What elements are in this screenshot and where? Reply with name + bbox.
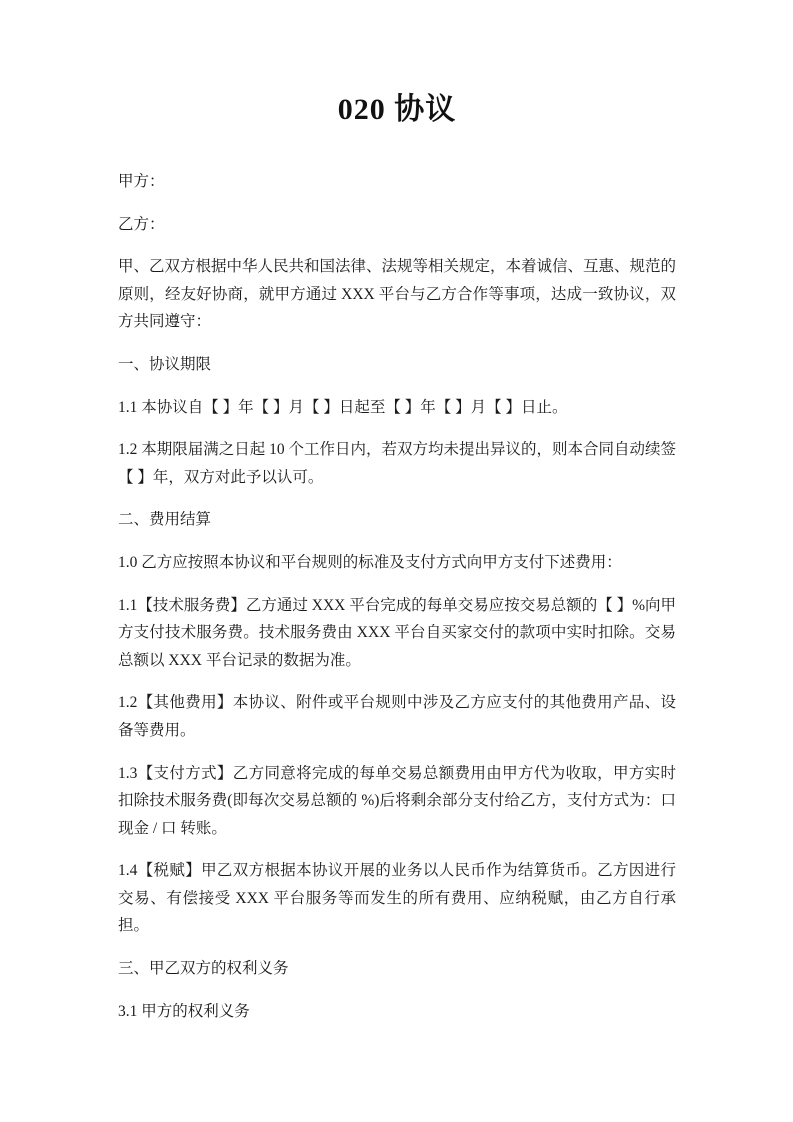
clause-2-0-fees-intro: 1.0 乙方应按照本协议和平台规则的标准及支付方式向甲方支付下述费用： [118, 549, 676, 577]
party-b-label: 乙方： [118, 211, 676, 239]
clause-2-1-tech-service-fee: 1.1【技术服务费】乙方通过 XXX 平台完成的每单交易应按交易总额的【 】%向… [118, 592, 676, 675]
clause-2-4-tax: 1.4【税赋】甲乙双方根据本协议开展的业务以人民币作为结算货币。乙方因进行交易、… [118, 857, 676, 940]
document-body: 甲方：乙方：甲、乙双方根据中华人民共和国法律、法规等相关规定，本着诚信、互惠、规… [118, 168, 676, 1025]
document-page: 020 协议 甲方：乙方：甲、乙双方根据中华人民共和国法律、法规等相关规定，本着… [0, 0, 793, 1122]
clause-3-1-heading: 3.1 甲方的权利义务 [118, 998, 676, 1026]
clause-1-1-term: 1.1 本协议自【 】年【 】月【 】日起至【 】年【 】月【 】日止。 [118, 394, 676, 422]
party-a-label: 甲方： [118, 168, 676, 196]
section-3-heading: 三、甲乙双方的权利义务 [118, 955, 676, 983]
section-2-heading: 二、费用结算 [118, 506, 676, 534]
clause-2-2-other-fees: 1.2【其他费用】本协议、附件或平台规则中涉及乙方应支付的其他费用产品、设备等费… [118, 689, 676, 744]
clause-2-3-payment-method: 1.3【支付方式】乙方同意将完成的每单交易总额费用由甲方代为收取，甲方实时扣除技… [118, 760, 676, 843]
clause-1-2-renewal: 1.2 本期限届满之日起 10 个工作日内，若双方均未提出异议的，则本合同自动续… [118, 436, 676, 491]
section-1-heading: 一、协议期限 [118, 351, 676, 379]
document-title: 020 协议 [118, 88, 676, 132]
preamble: 甲、乙双方根据中华人民共和国法律、法规等相关规定，本着诚信、互惠、规范的原则，经… [118, 253, 676, 336]
